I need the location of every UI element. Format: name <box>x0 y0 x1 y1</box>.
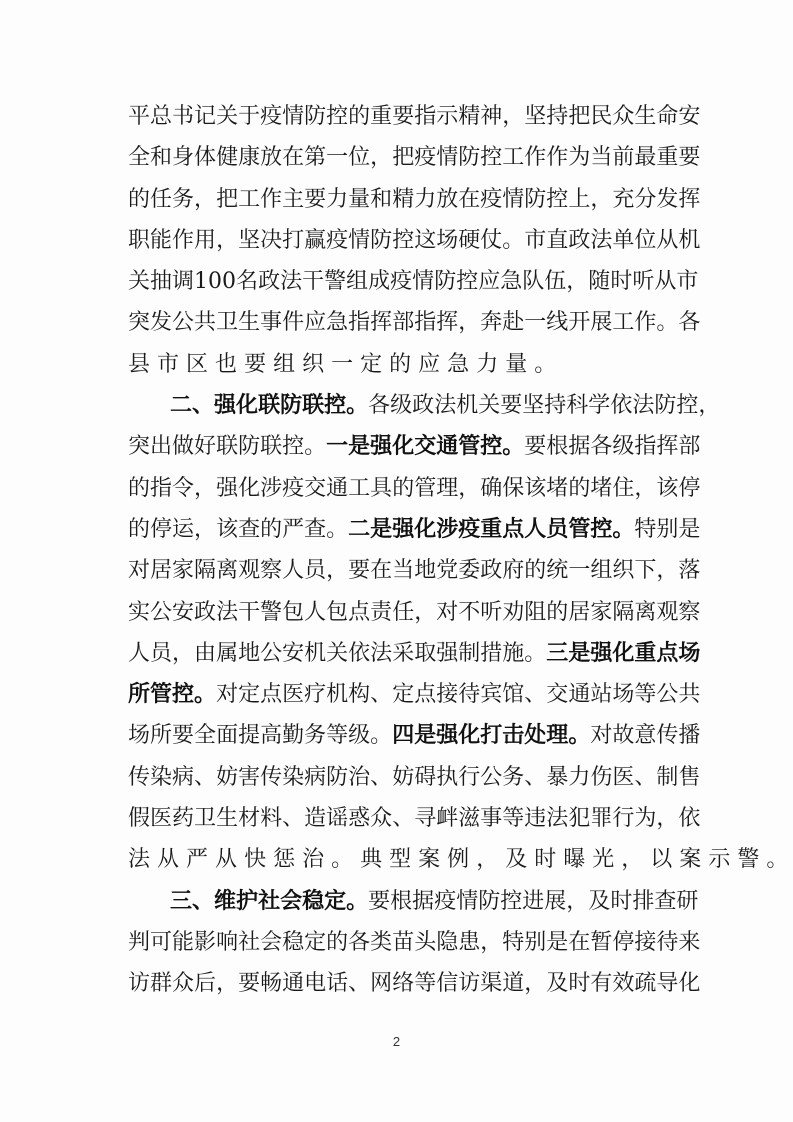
text-line: 人员，由属地公安机关依法采取强制措施。三是强化重点场 <box>128 633 684 674</box>
text-line: 三、维护社会稳定。要根据疫情防控进展，及时排查研 <box>128 881 684 922</box>
text-line: 所管控。对定点医疗机构、定点接待宾馆、交通站场等公共 <box>128 674 684 715</box>
text-line: 平总书记关于疫情防控的重要指示精神，坚持把民众生命安 <box>128 96 684 137</box>
text-line: 全和身体健康放在第一位，把疫情防控工作作为当前最重要 <box>128 137 684 178</box>
text-line: 实公安政法干警包人包点责任，对不听劝阻的居家隔离观察 <box>128 592 684 633</box>
text-line: 访群众后，要畅通电话、网络等信访渠道，及时有效疏导化 <box>128 963 684 1004</box>
text-line: 场所要全面提高勤务等级。四是强化打击处理。对故意传播 <box>128 715 684 756</box>
text-line: 突出做好联防联控。一是强化交通管控。要根据各级指挥部 <box>128 426 684 467</box>
text-line: 关抽调100名政法干警组成疫情防控应急队伍，随时听从市 <box>128 261 684 302</box>
text-line: 职能作用，坚决打赢疫情防控这场硬仗。市直政法单位从机 <box>128 220 684 261</box>
text-line: 的任务，把工作主要力量和精力放在疫情防控上，充分发挥 <box>128 179 684 220</box>
text-line: 判可能影响社会稳定的各类苗头隐患，特别是在暂停接待来 <box>128 922 684 963</box>
text-line: 传染病、妨害传染病防治、妨碍执行公务、暴力伤医、制售 <box>128 757 684 798</box>
text-line: 的停运，该查的严查。二是强化涉疫重点人员管控。特别是 <box>128 509 684 550</box>
text-line: 的指令，强化涉疫交通工具的管理，确保该堵的堵住，该停 <box>128 468 684 509</box>
text-line: 对居家隔离观察人员，要在当地党委政府的统一组织下，落 <box>128 550 684 591</box>
text-line: 假医药卫生材料、造谣惑众、寻衅滋事等违法犯罪行为，依 <box>128 798 684 839</box>
document-page: 平总书记关于疫情防控的重要指示精神，坚持把民众生命安全和身体健康放在第一位，把疫… <box>0 0 793 1122</box>
text-line: 二、强化联防联控。各级政法机关要坚持科学依法防控， <box>128 385 684 426</box>
text-line: 县市区也要组织一定的应急力量。 <box>128 344 684 385</box>
text-line: 法从严从快惩治。典型案例，及时曝光，以案示警。 <box>128 839 684 880</box>
document-body: 平总书记关于疫情防控的重要指示精神，坚持把民众生命安全和身体健康放在第一位，把疫… <box>128 96 684 1005</box>
text-line: 突发公共卫生事件应急指挥部指挥，奔赴一线开展工作。各 <box>128 302 684 343</box>
page-number: 2 <box>0 1034 793 1049</box>
